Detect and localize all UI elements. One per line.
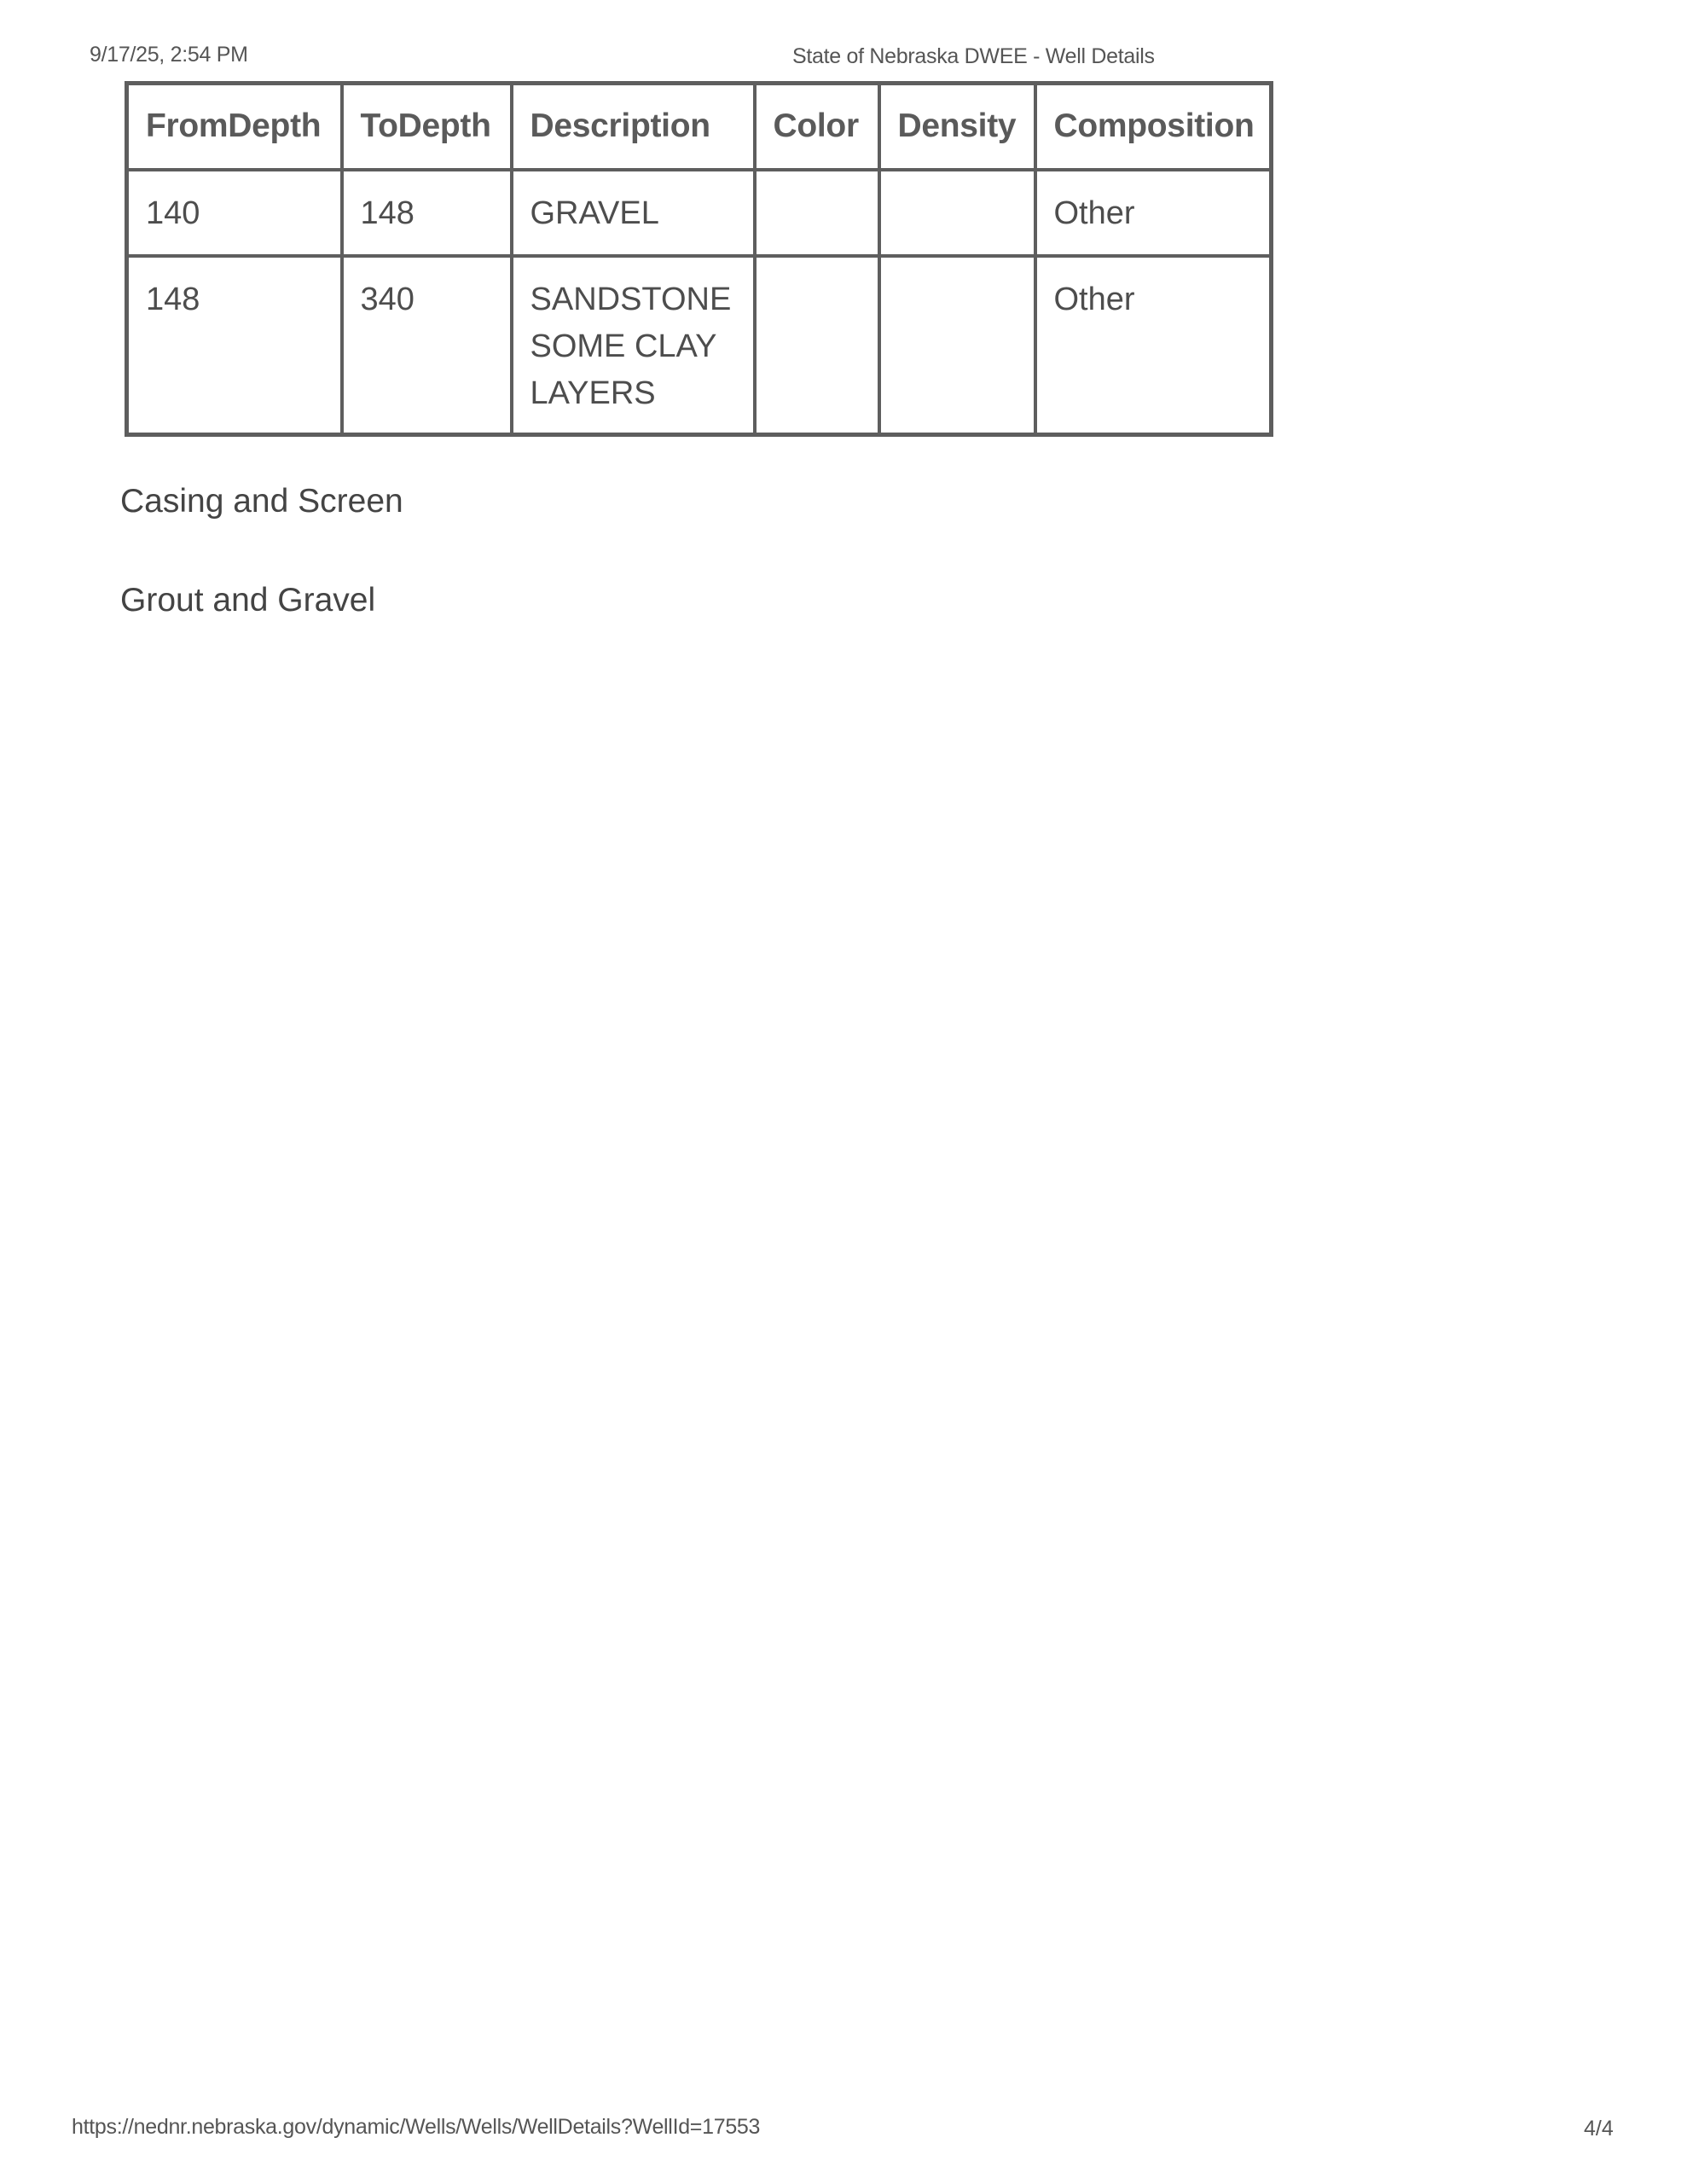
table-header-row: FromDepth ToDepth Description Color Dens… (127, 84, 1272, 170)
cell-composition: Other (1035, 256, 1272, 435)
section-heading-grout-and-gravel: Grout and Gravel (120, 582, 375, 619)
cell-density (879, 256, 1035, 435)
section-heading-casing-and-screen: Casing and Screen (120, 483, 403, 520)
column-header-to-depth: ToDepth (342, 84, 512, 170)
description-line: SOME CLAY (530, 323, 753, 370)
print-footer-page-number: 4/4 (1584, 2117, 1614, 2141)
cell-description: GRAVEL (512, 170, 755, 256)
column-header-from-depth: FromDepth (127, 84, 342, 170)
column-header-composition: Composition (1035, 84, 1272, 170)
cell-to-depth: 340 (342, 256, 512, 435)
print-footer-url: https://nednr.nebraska.gov/dynamic/Wells… (72, 2115, 760, 2140)
column-header-description: Description (512, 84, 755, 170)
description-line: SANDSTONE (530, 276, 753, 323)
cell-from-depth: 140 (127, 170, 342, 256)
print-header-datetime: 9/17/25, 2:54 PM (90, 43, 248, 67)
column-header-color: Color (755, 84, 879, 170)
lithology-table: FromDepth ToDepth Description Color Dens… (125, 81, 1273, 437)
table-row: 148 340 SANDSTONE SOME CLAY LAYERS Other (127, 256, 1272, 435)
cell-color (755, 170, 879, 256)
cell-from-depth: 148 (127, 256, 342, 435)
cell-density (879, 170, 1035, 256)
cell-description: SANDSTONE SOME CLAY LAYERS (512, 256, 755, 435)
cell-color (755, 256, 879, 435)
description-line: LAYERS (530, 370, 753, 417)
column-header-density: Density (879, 84, 1035, 170)
print-header-title: State of Nebraska DWEE - Well Details (792, 44, 1155, 69)
table-row: 140 148 GRAVEL Other (127, 170, 1272, 256)
cell-to-depth: 148 (342, 170, 512, 256)
cell-composition: Other (1035, 170, 1272, 256)
description-line: GRAVEL (530, 190, 753, 237)
